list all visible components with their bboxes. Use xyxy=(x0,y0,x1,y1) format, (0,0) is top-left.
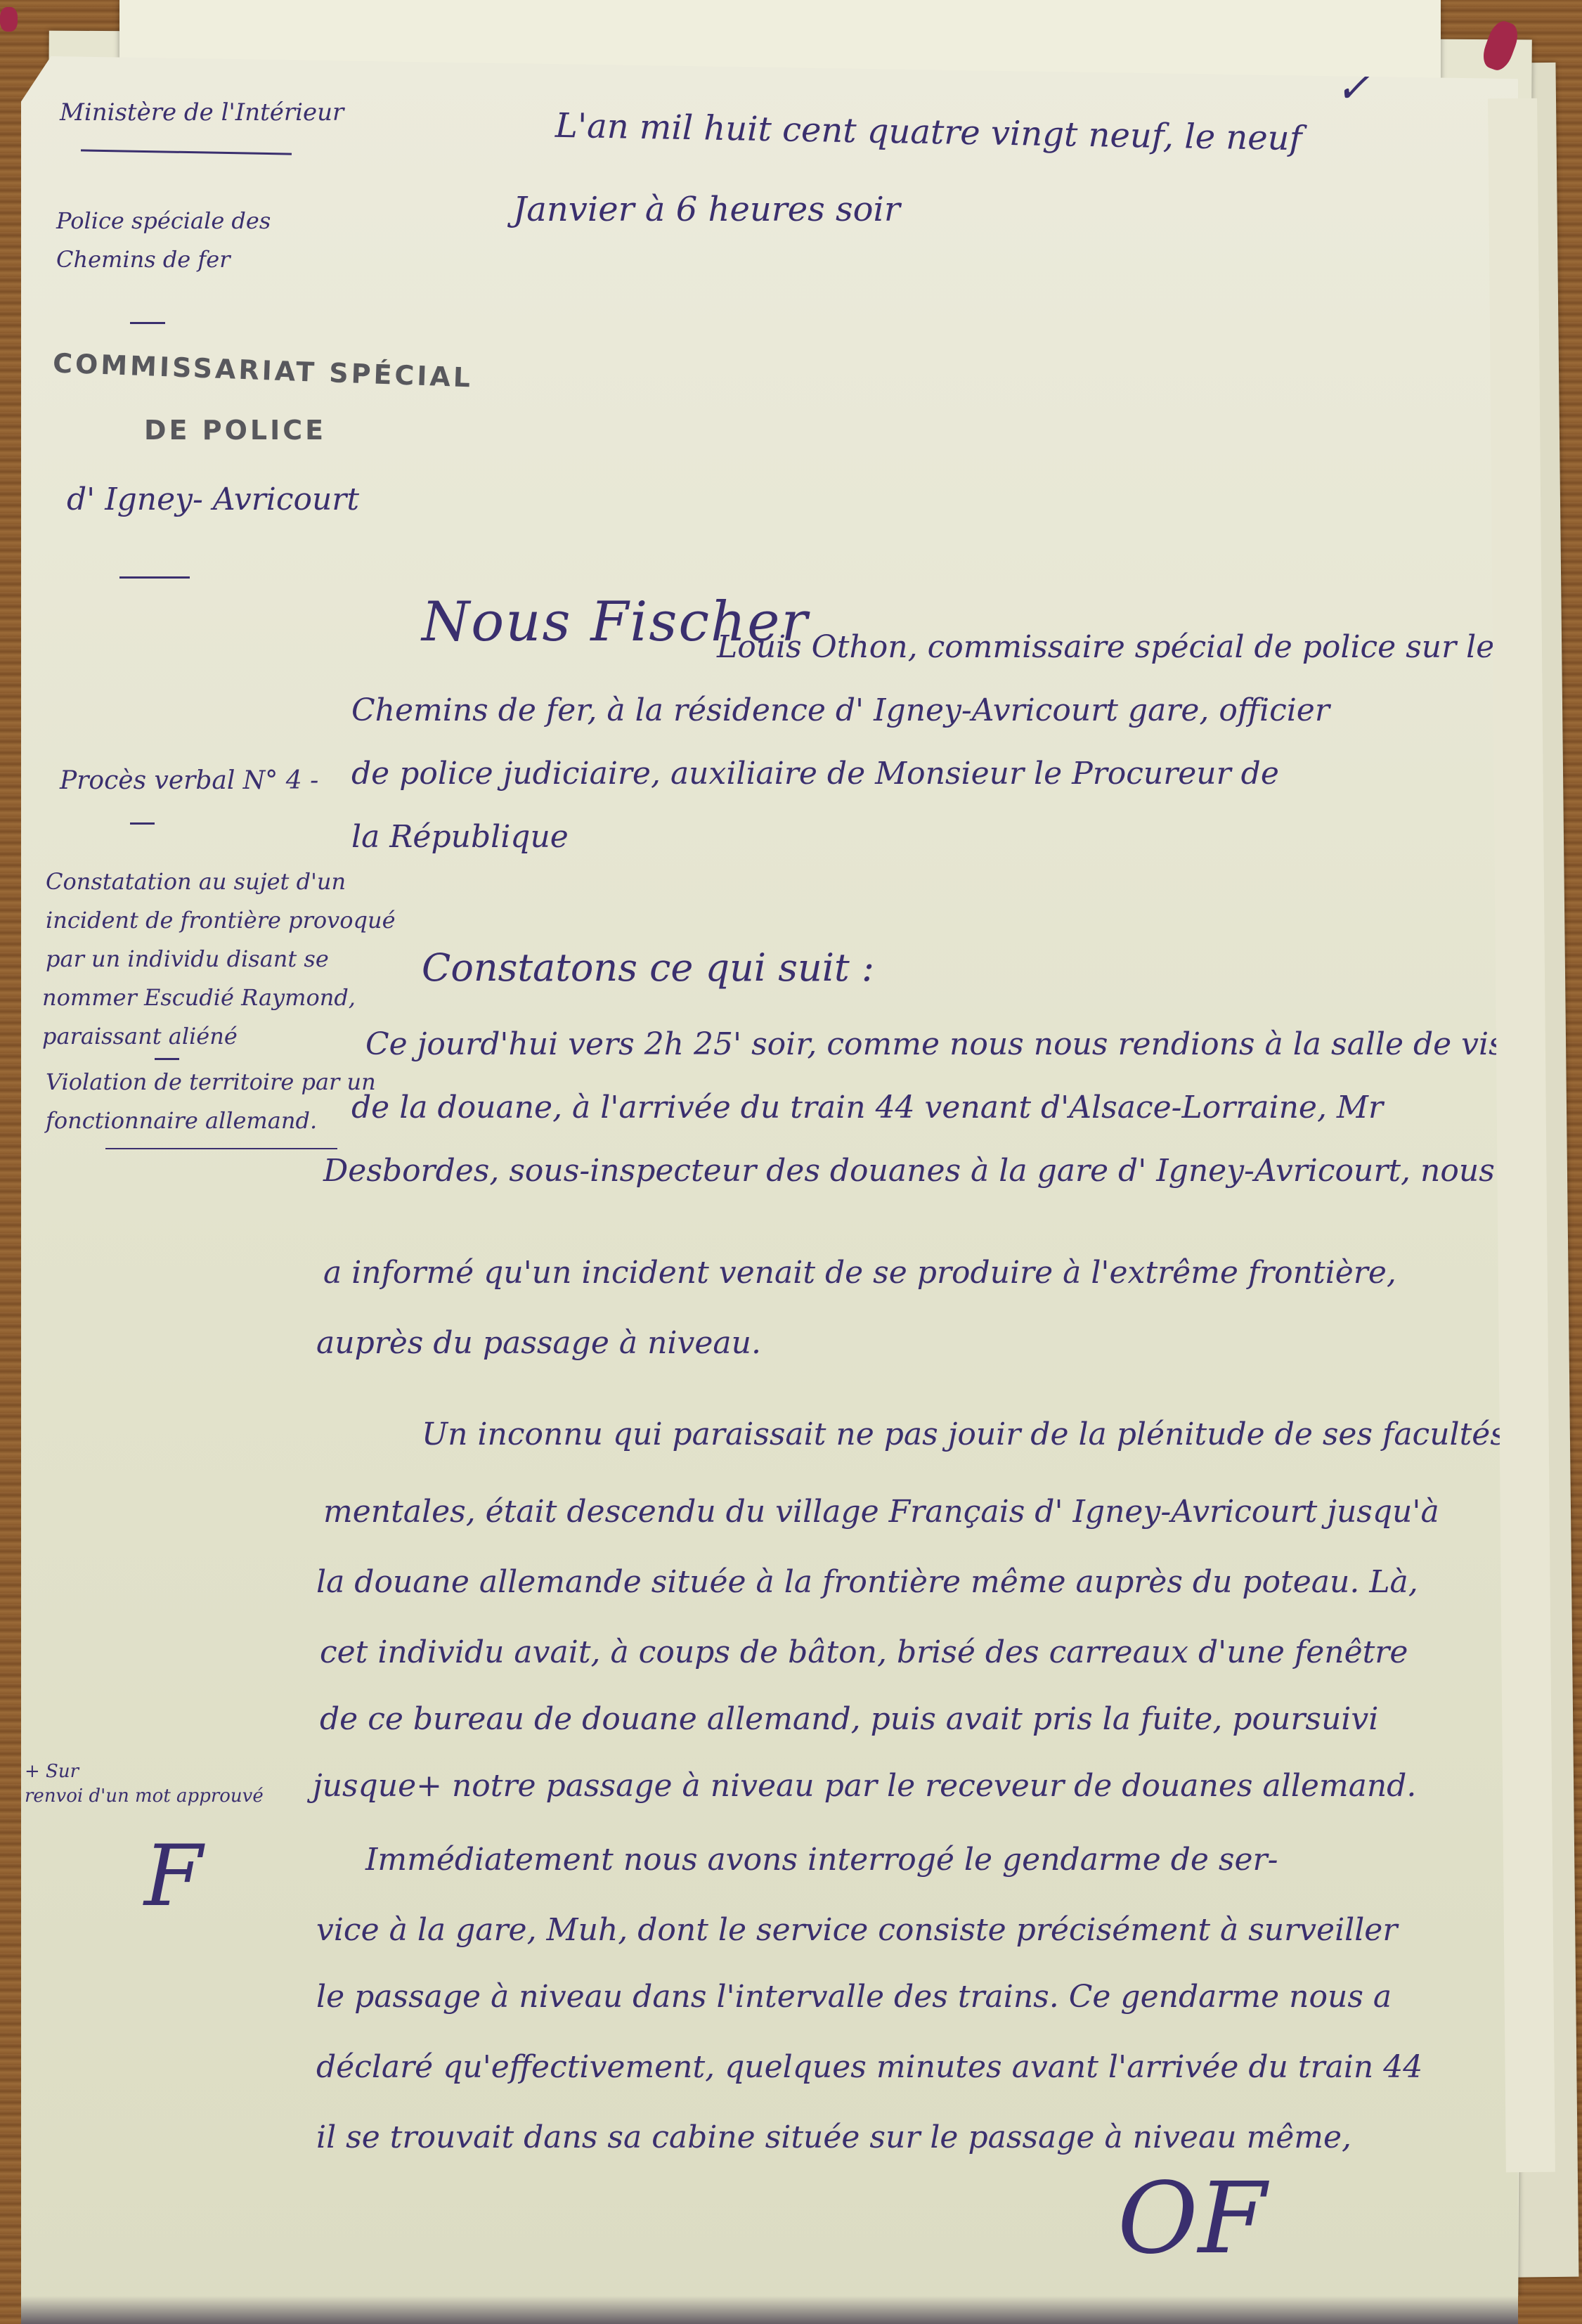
p2-line-5: de ce bureau de douane allemand, puis av… xyxy=(320,1701,1378,1737)
subject-line-6: Violation de territoire par un xyxy=(46,1069,376,1095)
subject-line-1: Constatation au sujet d'un xyxy=(46,868,346,895)
p1-line-2: de la douane, à l'arrivée du train 44 ve… xyxy=(351,1090,1383,1125)
section-heading: Constatons ce qui suit : xyxy=(422,945,874,990)
stamp-commissariat: COMMISSARIAT SPÉCIAL xyxy=(52,348,473,394)
p3-line-4: déclaré qu'effectivement, quelques minut… xyxy=(316,2049,1422,2085)
divider-rule xyxy=(119,576,190,579)
service-line-2: Chemins de fer xyxy=(56,246,230,273)
subject-line-5: paraissant aliéné xyxy=(42,1023,238,1050)
stamp-de-police: DE POLICE xyxy=(144,415,326,446)
p3-line-2: vice à la gare, Muh, dont le service con… xyxy=(316,1912,1397,1948)
intro-line-4: la République xyxy=(351,819,569,855)
divider-rule xyxy=(105,1148,337,1149)
divider-rule xyxy=(130,322,165,324)
intro-line-3: de police judiciaire, auxiliaire de Mons… xyxy=(351,756,1279,792)
p1-line-1: Ce jourd'hui vers 2h 25' soir, comme nou… xyxy=(365,1026,1545,1062)
service-line-1: Police spéciale des xyxy=(56,207,271,234)
p1-line-5: auprès du passage à niveau. xyxy=(316,1325,761,1361)
date-line-1: L'an mil huit cent quatre vingt neuf, le… xyxy=(555,106,1302,159)
paraphe-signature: OF xyxy=(1117,2162,1266,2276)
date-line-2: Janvier à 6 heures soir xyxy=(513,190,900,229)
pv-number: Procès verbal N° 4 - xyxy=(60,766,318,795)
subject-line-7: fonctionnaire allemand. xyxy=(46,1107,317,1134)
p1-line-3: Desbordes, sous-inspecteur des douanes à… xyxy=(323,1153,1495,1189)
subject-line-4: nommer Escudié Raymond, xyxy=(42,984,356,1011)
p2-line-3: la douane allemande située à la frontièr… xyxy=(316,1564,1418,1600)
p2-line-1: Un inconnu qui paraissait ne pas jouir d… xyxy=(422,1416,1506,1452)
p3-line-1: Immédiatement nous avons interrogé le ge… xyxy=(365,1842,1278,1878)
divider-rule xyxy=(155,1058,179,1060)
page-bottom-shadow xyxy=(21,2296,1518,2324)
p2-line-4: cet individu avait, à coups de bâton, br… xyxy=(320,1634,1408,1670)
p2-line-6: jusque+ notre passage à niveau par le re… xyxy=(313,1768,1416,1804)
document-page: Ministère de l'Intérieur Police spéciale… xyxy=(21,56,1518,2324)
subject-line-2: incident de frontière provoqué xyxy=(46,907,396,934)
footnote-line-2: renvoi d'un mot approuvé xyxy=(25,1786,264,1807)
divider-rule xyxy=(130,822,155,825)
location-name: d' Igney- Avricourt xyxy=(67,482,359,517)
p1-line-4: a informé qu'un incident venait de se pr… xyxy=(323,1255,1396,1291)
ministry-header: Ministère de l'Intérieur xyxy=(60,98,344,127)
intro-line-1: Louis Othon, commissaire spécial de poli… xyxy=(717,629,1510,665)
footnote-line-1: + Sur xyxy=(25,1761,79,1782)
margin-initials: F xyxy=(144,1828,202,1925)
p2-line-2: mentales, était descendu du village Fran… xyxy=(323,1494,1439,1530)
wax-seal-fragment-left xyxy=(0,7,18,32)
subject-line-3: par un individu disant se xyxy=(46,945,329,972)
p3-line-3: le passage à niveau dans l'intervalle de… xyxy=(316,1979,1392,2015)
divider-rule xyxy=(81,149,292,155)
intro-line-2: Chemins de fer, à la résidence d' Igney-… xyxy=(351,692,1330,728)
p3-line-5: il se trouvait dans sa cabine située sur… xyxy=(316,2119,1351,2155)
